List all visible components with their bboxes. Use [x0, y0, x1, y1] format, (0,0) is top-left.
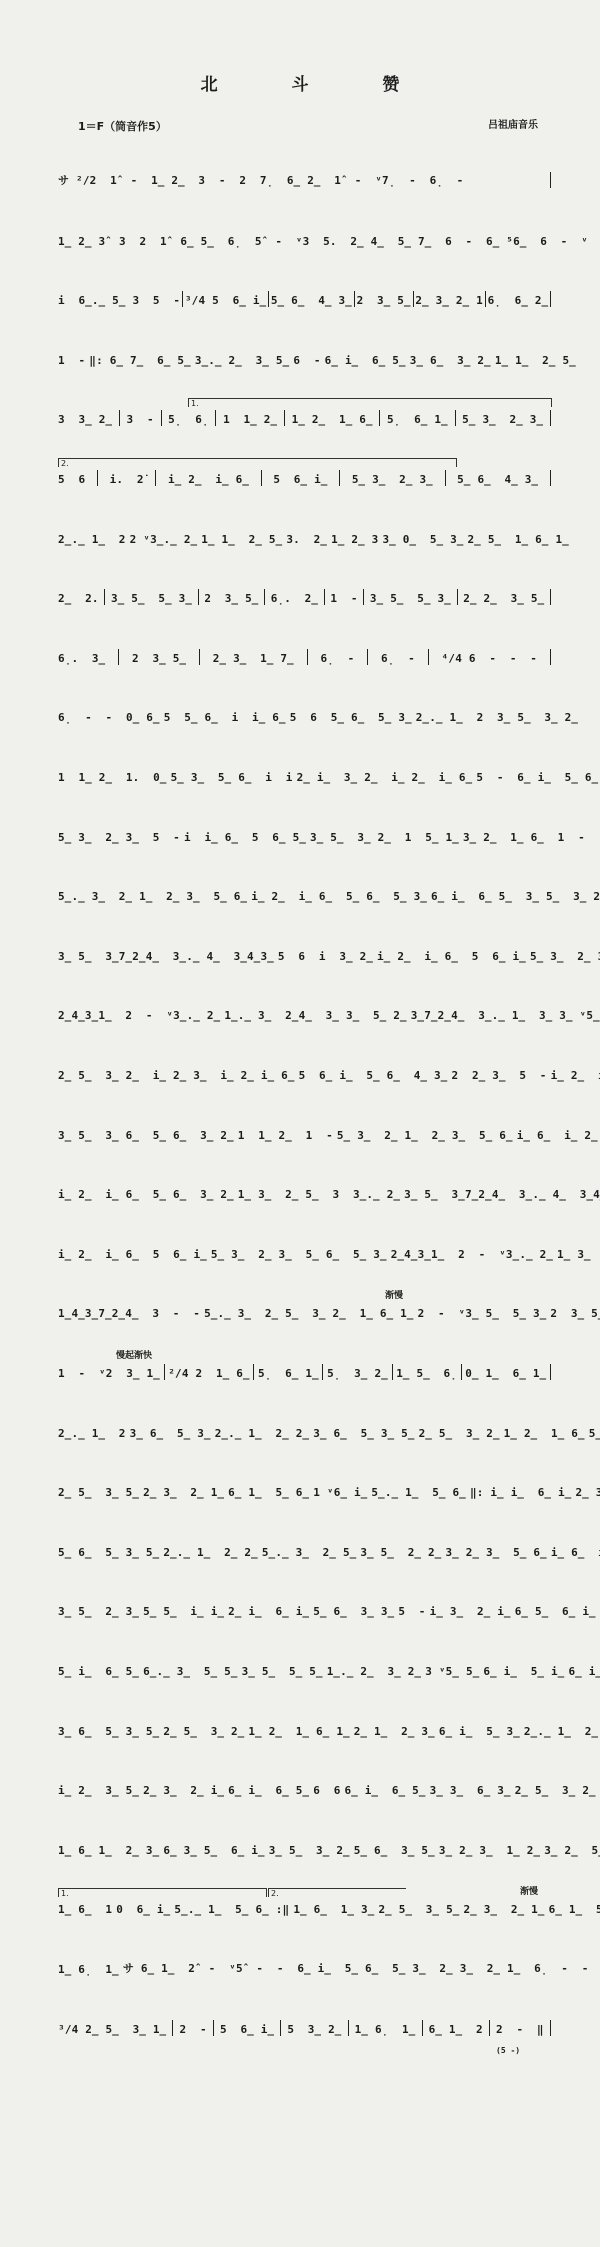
measure: 5̲ 6̲ 5̲ 3̲ 5̲	[58, 1546, 159, 1559]
measure: 5̲ 6̲ 4̲ 3̲	[271, 294, 352, 307]
measure: 3̲ 6̲ 5̲ 3̲	[130, 1427, 211, 1440]
measure: 2̲ 3̲ 2̲ 1	[415, 294, 483, 307]
measure: 2 - ‖	[496, 2023, 544, 2036]
measure: 5 6̲ i̲	[273, 473, 327, 486]
measure: 6̣. 3̲	[58, 652, 105, 665]
measure: 1̲ 5̲ 6̣	[396, 1367, 457, 1380]
measure: 2 3̲ 5̲	[132, 652, 186, 665]
measure: 2̲.̲ 1̲ 2 3̲ 5̲ 3̲ 2̲	[416, 711, 578, 724]
score-line: 6̣ - - 0̲ 6̲5 5̲ 6̲ i i̲ 6̲5 6 5̲ 6̲ 5̲ …	[58, 694, 553, 734]
measure: 2̲ 5̲ 3̲ 2̲	[419, 1427, 500, 1440]
measure: 1̲ 3̲ 2̲4̲ 3̲ 3̲ 5̲ 2̲	[557, 1248, 600, 1261]
barline	[119, 410, 120, 426]
measure: 2̲ 2̲ 3̲ 5̲	[463, 592, 544, 605]
measure: 3̲ 2̲ 1̲ 6̲ 1 -	[463, 831, 585, 844]
measure: 5 -	[398, 1605, 425, 1618]
measure: 3 ᵛ5̲ 5̲	[425, 1665, 479, 1678]
measure: 6̲ i̲ 6̲ 5̲	[568, 1665, 600, 1678]
measure: ‖: i̲ i̲ 6̲ i̲	[470, 1486, 572, 1499]
measure: 5̲ 6̲ 4̲ 3̲	[457, 473, 538, 486]
measure: 3̲ 0̲ 5̲ 3̲	[382, 533, 463, 546]
measure: 5̲ 3̲ 2̲ 3̲ 5̲ 6̲ 5̲ 3̲	[530, 950, 600, 963]
measure: 5̲.̲ 1̲ 5̲ 6̲	[371, 1486, 466, 1499]
measure: 1 -	[330, 592, 357, 605]
tempo-marking: 渐慢	[520, 1884, 538, 1897]
measure: 2 - ᵛ3̲ 5̲ 5̲ 3̲	[418, 1307, 547, 1320]
score-title: 北 斗 赞	[0, 70, 600, 95]
score-line: 2̲.̲ 1̲ 23̲ 6̲ 5̲ 3̲2̲.̲ 1̲ 2̲ 2̲3̲ 6̲ 5…	[58, 1410, 553, 1450]
barline	[550, 410, 551, 426]
measure: 5 6 5̲ 6̲ 5̲ 3̲	[290, 711, 412, 724]
measure: ³/4 5 6̲ i̲	[185, 294, 266, 307]
barline	[182, 291, 183, 307]
measure: 5 6 i 3̲ 2̲	[278, 950, 373, 963]
measure: 1̲ 2̲ 3̂ 3 2 1̂ 6̲ 5̲ 6̣ 5̂ - ᵛ3 5. 2̲ 4…	[58, 235, 588, 248]
measure: 5̣ 3̲ 2̲	[327, 1367, 388, 1380]
measure: 2̲ 2.	[58, 592, 99, 605]
measure: 1 1̲ 2̲ 1. 0̲	[58, 771, 167, 784]
measure: 6̣ - - 0̲ 6̲	[58, 711, 160, 724]
measure: 5̲ 6̲ 3̲ 3̲	[313, 1605, 394, 1618]
measure: 1̲ 2̲ 1̲ 6̲	[504, 1427, 585, 1440]
measure: i. 2̇	[110, 473, 144, 486]
measure: 2 2̲ 3̲ 5 -	[452, 1069, 547, 1082]
barline	[392, 1364, 393, 1380]
score-line: 3̲ 5̲ 3̲7̲2̲4̲ 3̲.̲ 4̲ 3̲4̲3̲5 6 i 3̲ 2̲…	[58, 933, 553, 973]
measure: 3̲ 5̲ 5̲ 3̲	[111, 592, 192, 605]
tempo-marking: 渐慢	[385, 1288, 403, 1301]
volta-bracket: 1.	[188, 398, 552, 407]
measure: 1̲ 3̲ 2̲ 5̲ 3 3̲.̲ 2̲	[238, 1188, 400, 1201]
measure: 3̲ 5̲ 5̲ 3̲	[370, 592, 451, 605]
score-line: 5̲ i̲ 6̲ 5̲6̲.̲ 3̲ 5̲ 5̲3̲ 5̲ 5̲ 5̲1̲.̲ …	[58, 1648, 553, 1688]
score-line: 2̲.̲ 1̲ 22 ᵛ3̲.̲ 2̲1̲ 1̲ 2̲ 5̲3. 2̲1̲ 2̲…	[58, 516, 553, 556]
notation-line: 3̲ 6̲ 5̲ 3̲ 5̲2̲ 5̲ 3̲ 2̲1̲ 2̲ 1̲ 6̲ 1̲2…	[58, 1722, 553, 1738]
notation-line: i̲ 2̲ i̲ 6̲ 5 6̲ i̲5̲ 3̲ 2̲ 3̲ 5̲ 6̲ 5̲ …	[58, 1245, 553, 1261]
measure: 6̲ 1̲ 5̲ 6̲	[549, 1903, 600, 1916]
barline	[164, 1364, 165, 1380]
measure: 5̲ 5̲ 6̲ 1̲	[589, 1427, 600, 1440]
notation-line: 1̲ 6̲ 1̲ 2̲ 3̲6̲ 3̲ 5̲ 6̲ i̲3̲ 5̲ 3̲ 2̲5…	[58, 1841, 553, 1857]
score-line: 3̲ 5̲ 2̲ 3̲5̲ 5̲ i̲ i̲2̲ i̲ 6̲ i̲5̲ 6̲ 3…	[58, 1588, 553, 1628]
measure: 3̲ 5̲ 2̲ 2̲	[360, 1546, 441, 1559]
measure: ³/4 2̲ 5̲ 3̲ 1̲	[58, 2023, 166, 2036]
barline	[307, 649, 308, 665]
score-line: 2̲4̲3̲1̲ 2 - ᵛ3̲.̲ 2̲1̲.̲ 3̲ 2̲4̲ 3̲ 3̲ …	[58, 992, 553, 1032]
barline	[445, 470, 446, 486]
measure: 1̲ 6̣ 1̲	[58, 1963, 119, 1976]
measure: 3 3̲ 2̲	[58, 413, 112, 426]
measure: 1̲ 6̲ 1̲ 3̲	[293, 1903, 374, 1916]
measure: 3 -	[127, 413, 154, 426]
notation-line: 5 6i. 2̇i̲ 2̲ i̲ 6̲5 6̲ i̲5̲ 3̲ 2̲ 3̲5̲ …	[58, 470, 553, 486]
notation-line: 2̲.̲ 1̲ 23̲ 6̲ 5̲ 3̲2̲.̲ 1̲ 2̲ 2̲3̲ 6̲ 5…	[58, 1424, 553, 1440]
score-line: 2̲ 5̲ 3̲ 5̲2̲ 3̲ 2̲ 1̲6̲ 1̲ 5̲ 6̲1 ᵛ6̲ i…	[58, 1469, 553, 1509]
measure: 2̲.̲ 1̲ 2	[58, 1427, 126, 1440]
measure: 6̲ i̲ 6̲ 5̲	[325, 354, 406, 367]
measure: i̲ 2̲ i̲ 6̲ 5 6̲ 4̲	[551, 1069, 600, 1082]
measure: 1 1̲ 2̲ 1 -	[238, 1129, 333, 1142]
measure: i̲ 2̲ i̲ 6̲ 5̲ 6̲ 5̲ 3̲	[251, 890, 427, 903]
measure: 2 3̲ 5̲ 6. 2	[550, 1307, 600, 1320]
measure: 5 6̲ i̲ 5̲ 6̲ 4̲ 3̲	[299, 1069, 448, 1082]
barline	[550, 1364, 551, 1380]
measure: 6̣ -	[381, 652, 415, 665]
notation-line: 3̲ 5̲ 2̲ 3̲5̲ 5̲ i̲ i̲2̲ i̲ 6̲ i̲5̲ 6̲ 3…	[58, 1602, 553, 1618]
measure: 6 6	[313, 1784, 340, 1797]
barline	[379, 410, 380, 426]
score-line: 5̲ 3̲ 2̲ 3̲ 5 -i i̲ 6̲ 5 6̲ 5̲3̲ 5̲ 3̲ 2…	[58, 814, 553, 854]
measure: 3̲.̲ 2̲ 3̲ 5̲	[195, 354, 290, 367]
notation-line: i̲ 2̲ 3̲ 5̲2̲ 3̲ 2̲ i̲6̲ i̲ 6̲ 5̲6 66̲ i…	[58, 1781, 553, 1797]
measure: 6̲ i̲ 6̲ 5̲	[228, 1784, 309, 1797]
notation-line: 6̣ - - 0̲ 6̲5 5̲ 6̲ i i̲ 6̲5 6 5̲ 6̲ 5̲ …	[58, 708, 553, 724]
barline	[261, 470, 262, 486]
notation-line: 6̣. 3̲2 3̲ 5̲2̲ 3̲ 1̲ 7̲6̣ -6̣ -⁴/4 6 - …	[58, 649, 553, 665]
barline	[213, 2020, 214, 2036]
measure: 6̲ 1̲ 5̲ 6̲	[228, 1486, 309, 1499]
notation-line: 2̲4̲3̲1̲ 2 - ᵛ3̲.̲ 2̲1̲.̲ 3̲ 2̲4̲ 3̲ 3̲ …	[58, 1006, 553, 1022]
measure: 3̲ 2̲ 3̲ 1̲ 2̲	[439, 1844, 540, 1857]
barline	[457, 589, 458, 605]
measure: 5̣ 6̣	[168, 413, 209, 426]
measure: 2̲ 3̲ i̲ 6̲ i̲	[576, 1486, 600, 1499]
measure: 5̲.̲ 3̲ 2̲ 5̲ 3̲ 2̲ 1̲ 6̲ 1̲	[204, 1307, 414, 1320]
measure: 1 -	[58, 354, 85, 367]
measure: i 6̲.̲ 5̲ 3 5 -	[58, 294, 180, 307]
barline	[367, 649, 368, 665]
barline	[550, 291, 551, 307]
notation-line: 5̲.̲ 3̲ 2̲ 1̲ 2̲ 3̲ 5̲ 6̲i̲ 2̲ i̲ 6̲ 5̲ …	[58, 887, 553, 903]
score-line: 1 -‖: 6̲ 7̲ 6̲ 5̲3̲.̲ 2̲ 3̲ 5̲6 -6̲ i̲ 6…	[58, 337, 553, 377]
measure: 2 -	[180, 2023, 207, 2036]
barline	[550, 2020, 551, 2036]
measure: 6̲ i̲ 5̲ 3̲	[439, 1725, 520, 1738]
measure: 1̲ 2̲ 1̲ 6̲	[292, 413, 373, 426]
barline	[422, 2020, 423, 2036]
measure: 5̲.̲ 3̲ 2̲ 1̲ 2̲ 3̲ 5̲ 6̲	[58, 890, 247, 903]
measure: 5̲ 3̲ 5̲ 6̲ i i	[171, 771, 293, 784]
barline	[172, 2020, 173, 2036]
score-line: 1 - ᵛ2 3̲ 1̲²/4 2 1̲ 6̲5̣ 6̲ 1̲5̣ 3̲ 2̲1…	[58, 1350, 553, 1390]
measure: 1̲ 1̲ 2̲ 5̲	[201, 533, 282, 546]
barline	[253, 1364, 254, 1380]
measure: 2̲ 5̲ 3̲ 2̲	[163, 1725, 244, 1738]
measure: 5̲ 3̲ 2̲ 3̲ 5̲ 6̲ 5̲ 3̲	[211, 1248, 387, 1261]
measure: i̲ 2̲ i̲ 6̲ 5 6̲ i̲	[58, 1248, 207, 1261]
measure: 1̲ 1̲ 2̲ 5̲	[495, 354, 576, 367]
measure: 1̲ 6̲ 1	[58, 1903, 112, 1916]
notation-line: 1̲ 6̣ 1̲サ 6̲ 1̲ 2̂ - ᵛ5̂ - - 6̲ i̲ 5̲ 6̲…	[58, 1960, 553, 1976]
score-line: サ ²/2 1̂ - 1̲ 2̲ 3 - 2 7̣ 6̲ 2̲ 1̂ - ᵛ7̣…	[58, 158, 553, 198]
measure: 5̣ 6̲ 1̲	[387, 413, 448, 426]
measure: 6̲ i̲ 6̲ 5̲	[345, 1784, 426, 1797]
barline	[550, 172, 551, 188]
measure: 3̲ 5̲ 2̲ 3̲	[58, 1605, 139, 1618]
score-line: 1̲ 6̲ 1̲ 2̲ 3̲6̲ 3̲ 5̲ 6̲ i̲3̲ 5̲ 3̲ 2̲5…	[58, 1827, 553, 1867]
volta-bracket: 2.	[58, 458, 457, 467]
measure: ‖: 6̲ 7̲ 6̲ 5̲	[89, 354, 191, 367]
measure: 3̲ 5̲ 3̲ 2̲	[269, 1844, 350, 1857]
score-line: 1̲ 6̣ 1̲サ 6̲ 1̲ 2̂ - ᵛ5̂ - - 6̲ i̲ 5̲ 6̲…	[58, 1946, 553, 1986]
notation-line: 3 3̲ 2̲3 -5̣ 6̣1 1̲ 2̲1̲ 2̲ 1̲ 6̲5̣ 6̲ 1…	[58, 410, 553, 426]
measure: 5 3̲ 2̲	[287, 2023, 341, 2036]
notation-line: i̲ 2̲ i̲ 6̲ 5̲ 6̲ 3̲ 2̲1̲ 3̲ 2̲ 5̲ 3 3̲.…	[58, 1185, 553, 1201]
measure: 3̲ 6̲ 5̲ 3̲ 5̲	[58, 1725, 159, 1738]
barline	[215, 410, 216, 426]
measure: 1̲ 6̲ 1̲ 2̲ 3̲	[58, 1844, 159, 1857]
key-signature: 1＝F（筒音作5）	[78, 118, 167, 134]
measure: i̲ 2̲ i̲ 6̲	[168, 473, 249, 486]
barline	[155, 470, 156, 486]
barline	[413, 291, 414, 307]
measure: 6̲ i̲ 6̲ 5̲ 3̲ 5̲ 3̲ 2̲	[431, 890, 600, 903]
barline	[268, 291, 269, 307]
measure: サ 6̲ 1̲ 2̂ - ᵛ5̂ - - 6̲ i̲ 5̲ 6̲ 5̲ 3̲ 2…	[123, 1960, 600, 1976]
notation-line: 2̲ 5̲ 3̲ 5̲2̲ 3̲ 2̲ 1̲6̲ 1̲ 5̲ 6̲1 ᵛ6̲ i…	[58, 1483, 553, 1499]
measure: 1̲ 2̲ 1̲ 6̲ 1̲	[248, 1725, 349, 1738]
measure: 3̲7̲2̲4̲ 3̲.̲ 1̲ 3̲ 3̲ ᵛ5̲.̲ 3̲	[411, 1009, 600, 1022]
measure: 2 ᵛ3̲.̲ 2̲	[130, 533, 198, 546]
measure: i̲ 2̲ 3̲ 5̲	[58, 1784, 139, 1797]
score-line: i̲ 2̲ i̲ 6̲ 5̲ 6̲ 3̲ 2̲1̲ 3̲ 2̲ 5̲ 3 3̲.…	[58, 1171, 553, 1211]
score-line: i 6̲.̲ 5̲ 3 5 -³/4 5 6̲ i̲5̲ 6̲ 4̲ 3̲2 3…	[58, 277, 553, 317]
measure: 5 - 6̲ i̲ 5̲ 6̲	[476, 771, 598, 784]
score-line: 1 1̲ 2̲ 1. 0̲5̲ 3̲ 5̲ 6̲ i i2̲ i̲ 3̲ 2̲ …	[58, 754, 553, 794]
score-line: ³/4 2̲ 5̲ 3̲ 1̲2 -5 6̲ i̲5 3̲ 2̲1̲ 6̣ 1̲…	[58, 2006, 553, 2046]
measure: 6̲.̲ 3̲ 5̲ 5̲	[143, 1665, 238, 1678]
measure: 2̲.̲ 1̲ 2	[58, 533, 126, 546]
measure: 2̲ i̲ 6̲ i̲	[228, 1605, 309, 1618]
measure: 2̲ 3̲ 2̲ 1̲	[464, 1903, 545, 1916]
notation-line: 2̲.̲ 1̲ 22 ᵛ3̲.̲ 2̲1̲ 1̲ 2̲ 5̲3. 2̲1̲ 2̲…	[58, 530, 553, 546]
notation-line: 5̲ 3̲ 2̲ 3̲ 5 -i i̲ 6̲ 5 6̲ 5̲3̲ 5̲ 3̲ 2…	[58, 828, 553, 844]
notation-line: 5̲ 6̲ 5̲ 3̲ 5̲2̲.̲ 1̲ 2̲ 2̲5̲.̲ 3̲ 2̲ 5̲…	[58, 1543, 553, 1559]
barline	[354, 291, 355, 307]
measure: i̲ 6̲ i̲ 2̲ i̲ 6̲ 5	[517, 1129, 600, 1142]
barline	[324, 589, 325, 605]
score-line: 3 3̲ 2̲3 -5̣ 6̣1 1̲ 2̲1̲ 2̲ 1̲ 6̲5̣ 6̲ 1…	[58, 396, 553, 436]
score-line: 5 6i. 2̇i̲ 2̲ i̲ 6̲5 6̲ i̲5̲ 3̲ 2̲ 3̲5̲ …	[58, 456, 553, 496]
measure: 5̲ 6̲ 3̲ 5̲	[354, 1844, 435, 1857]
measure: 1 ᵛ6̲ i̲	[313, 1486, 367, 1499]
barline	[97, 470, 98, 486]
measure: ²/4 2 1̲ 6̲	[168, 1367, 249, 1380]
measure: 5̲ 3̲ 2̲ 3̲	[352, 473, 433, 486]
notation-line: 2̲ 5̲ 3̲ 2̲ i̲ 2̲ 3̲ i̲ 2̲ i̲ 6̲5 6̲ i̲ …	[58, 1066, 553, 1082]
measure: 6̲ 1̲ 2	[429, 2023, 483, 2036]
measure: サ ²/2 1̂ - 1̲ 2̲ 3 - 2 7̣ 6̲ 2̲ 1̂ - ᵛ7̣…	[58, 172, 464, 188]
barline	[455, 410, 456, 426]
barline	[428, 649, 429, 665]
barline	[489, 2020, 490, 2036]
measure: 6̲ 3̲ 5̲ 6̲ i̲	[163, 1844, 264, 1857]
score-line: i̲ 2̲ 3̲ 5̲2̲ 3̲ 2̲ i̲6̲ i̲ 6̲ 5̲6 66̲ i…	[58, 1767, 553, 1807]
measure: 6̣ 6̲ 2̲	[488, 294, 549, 307]
measure: 1̲4̲3̲7̲2̲4̲ 3 - -	[58, 1307, 200, 1320]
measure: 5̲ i̲ 6̲ 5̲	[58, 1665, 139, 1678]
notation-line: i 6̲.̲ 5̲ 3 5 -³/4 5 6̲ i̲5̲ 6̲ 4̲ 3̲2 3…	[58, 291, 553, 307]
measure: 2̲ 5̲ 3̲ 5̲	[378, 1903, 459, 1916]
score-line: 5̲.̲ 3̲ 2̲ 1̲ 2̲ 3̲ 5̲ 6̲i̲ 2̲ i̲ 6̲ 5̲ …	[58, 873, 553, 913]
barline	[118, 649, 119, 665]
barline	[322, 1364, 323, 1380]
measure: 5 6	[58, 473, 85, 486]
measure: 2 3̲ 5̲	[204, 592, 258, 605]
score-line: 3̲ 6̲ 5̲ 3̲ 5̲2̲ 5̲ 3̲ 2̲1̲ 2̲ 1̲ 6̲ 1̲2…	[58, 1708, 553, 1748]
measure: 3̲ 2̲ 3̲ 5̲ 6̲	[445, 1546, 546, 1559]
volta-bracket-2: 2.	[268, 1888, 406, 1897]
measure: 3̲ 6̲ 3̲ 2̲	[410, 354, 491, 367]
measure: 5 6̲ i̲	[220, 2023, 274, 2036]
notation-line: 1̲ 2̲ 3̂ 3 2 1̂ 6̲ 5̲ 6̣ 5̂ - ᵛ3 5. 2̲ 4…	[58, 232, 553, 248]
measure: ⁴/4 6 - - -	[442, 652, 538, 665]
measure: i̲ 2̲ i̲ 6̲ 5 6̲ i̲	[377, 950, 526, 963]
measure: 3̲ 5̲ 3̲7̲2̲4̲ 3̲.̲ 4̲ 3̲4̲3̲	[58, 950, 274, 963]
score-line: 6̣. 3̲2 3̲ 5̲2̲ 3̲ 1̲ 7̲6̣ -6̣ -⁴/4 6 - …	[58, 635, 553, 675]
measure: 5̲ 5̲ i̲ i̲	[143, 1605, 224, 1618]
barline	[199, 649, 200, 665]
tempo-marking: 慢起渐快	[116, 1348, 152, 1361]
barline	[280, 2020, 281, 2036]
score-line: 5̲ 6̲ 5̲ 3̲ 5̲2̲.̲ 1̲ 2̲ 2̲5̲.̲ 3̲ 2̲ 5̲…	[58, 1529, 553, 1569]
notation-line: 1 - ᵛ2 3̲ 1̲²/4 2 1̲ 6̲5̣ 6̲ 1̲5̣ 3̲ 2̲1…	[58, 1364, 553, 1380]
measure: 2̲4̲3̲1̲ 2 - ᵛ3̲.̲ 2̲	[58, 1009, 220, 1022]
score-line: 1̲ 2̲ 3̂ 3 2 1̂ 6̲ 5̲ 6̣ 5̂ - ᵛ3 5. 2̲ 4…	[58, 218, 553, 258]
measure: 3̲ 3̲ 6̲ 3̲	[430, 1784, 511, 1797]
measure: 0 6̲ i̲	[116, 1903, 170, 1916]
measure: 2̲ 3̲ 2̲ 1̲	[143, 1486, 224, 1499]
score-line: 2̲ 5̲ 3̲ 2̲ i̲ 2̲ 3̲ i̲ 2̲ i̲ 6̲5 6̲ i̲ …	[58, 1052, 553, 1092]
measure: 5̲ 3̲ 2̲ 1̲ 2̲ 3̲ 5̲ 6̲	[337, 1129, 513, 1142]
barline	[485, 291, 486, 307]
barline	[161, 410, 162, 426]
barline	[284, 410, 285, 426]
measure: 2̲.̲ 1̲ 2̲ 2̲	[215, 1427, 310, 1440]
score-line: 1̲4̲3̲7̲2̲4̲ 3 - -5̲.̲ 3̲ 2̲ 5̲ 3̲ 2̲ 1̲…	[58, 1290, 553, 1330]
notation-line: サ ²/2 1̂ - 1̲ 2̲ 3 - 2 7̣ 6̲ 2̲ 1̂ - ᵛ7̣…	[58, 172, 553, 188]
barline	[550, 470, 551, 486]
notation-line: 1 -‖: 6̲ 7̲ 6̲ 5̲3̲.̲ 2̲ 3̲ 5̲6 -6̲ i̲ 6…	[58, 351, 553, 367]
measure: 2̲ 5̲ 3̲ 5̲	[58, 1486, 139, 1499]
barline	[363, 589, 364, 605]
measure: 1 - ᵛ2 3̲ 1̲	[58, 1367, 160, 1380]
measure: 2̲ 5̲ 1̲ 6̲ 1̲	[468, 533, 569, 546]
barline	[339, 470, 340, 486]
score-line: 3̲ 5̲ 3̲ 6̲ 5̲ 6̲ 3̲ 2̲1 1̲ 2̲ 1 -5̲ 3̲ …	[58, 1112, 553, 1152]
measure: 2̲.̲ 1̲ 2̲ 2̲	[163, 1546, 258, 1559]
measure: 6̣ -	[321, 652, 355, 665]
measure: 5̲.̲ 1̲ 5̲ 6̲ :‖	[174, 1903, 289, 1916]
notation-line: 1̲ 6̲ 10 6̲ i̲5̲.̲ 1̲ 5̲ 6̲ :‖1̲ 6̲ 1̲ 3…	[58, 1900, 553, 1916]
measure: 5̲ 3̲ 2̲ 3̲	[462, 413, 543, 426]
barline	[348, 2020, 349, 2036]
score-line: i̲ 2̲ i̲ 6̲ 5 6̲ i̲5̲ 3̲ 2̲ 3̲ 5̲ 6̲ 5̲ …	[58, 1231, 553, 1271]
measure: 3̲ 5̲ 3̲ 2̲ 1 5̲ 1̲	[310, 831, 459, 844]
measure: 2̲ 5̲ 3̲ 2̲ i̲ 2̲ 3̲ i̲ 2̲ i̲ 6̲	[58, 1069, 295, 1082]
notation-line: 2̲ 2.3̲ 5̲ 5̲ 3̲2 3̲ 5̲6̣. 2̲1 -3̲ 5̲ 5̲…	[58, 589, 553, 605]
measure: 6̣. 2̲	[271, 592, 318, 605]
barline	[550, 649, 551, 665]
notation-line: 1 1̲ 2̲ 1. 0̲5̲ 3̲ 5̲ 6̲ i i2̲ i̲ 3̲ 2̲ …	[58, 768, 553, 784]
measure: i̲ 2̲ i̲ 6̲ 5̲ 6̲ 3̲ 2̲	[58, 1188, 234, 1201]
ending-note: (5 -)	[496, 2046, 520, 2055]
barline	[104, 589, 105, 605]
score-line: 2̲ 2.3̲ 5̲ 5̲ 3̲2 3̲ 5̲6̣. 2̲1 -3̲ 5̲ 5̲…	[58, 575, 553, 615]
measure: 2̲ 1̲ 2̲ 3̲	[354, 1725, 435, 1738]
notation-line: 3̲ 5̲ 3̲7̲2̲4̲ 3̲.̲ 4̲ 3̲4̲3̲5 6 i 3̲ 2̲…	[58, 947, 553, 963]
measure: 6 -	[293, 354, 320, 367]
barline	[461, 1364, 462, 1380]
measure: 2̲.̲ 1̲ 2̲ 3̲	[524, 1725, 600, 1738]
measure: 2̲ 3̲ 2̲ i̲	[143, 1784, 224, 1797]
measure: i̲ 3̲ 2̲ i̲	[430, 1605, 511, 1618]
measure: i i̲ 6̲ 5 6̲ 5̲	[184, 831, 306, 844]
measure: 2̲ i̲ 3̲ 2̲ i̲ 2̲ i̲ 6̲	[297, 771, 473, 784]
measure: 6̲ 5̲ 6̲ i̲	[515, 1605, 596, 1618]
measure: 3̲ 2̲ 5̲ i̲	[544, 1844, 600, 1857]
measure: 2̲ 3̲ 1̲ 7̲	[213, 652, 294, 665]
measure: 5̣ 6̲ 1̲	[258, 1367, 319, 1380]
score-source: 吕祖庙音乐	[488, 116, 538, 131]
notation-line: 1̲4̲3̲7̲2̲4̲ 3 - -5̲.̲ 3̲ 2̲ 5̲ 3̲ 2̲ 1̲…	[58, 1304, 553, 1320]
barline	[198, 589, 199, 605]
notation-line: 5̲ i̲ 6̲ 5̲6̲.̲ 3̲ 5̲ 5̲3̲ 5̲ 5̲ 5̲1̲.̲ …	[58, 1662, 553, 1678]
measure: i̲ 6̲ i̲ i̲	[551, 1546, 600, 1559]
measure: 3̲ 5̲ 3̲7̲2̲4̲ 3̲.̲ 4̲ 3̲4̲3̲	[404, 1188, 600, 1201]
measure: 5̲.̲ 3̲ 2̲ 5̲	[262, 1546, 357, 1559]
measure: 1̲.̲ 2̲ 3̲ 2̲	[327, 1665, 422, 1678]
measure: 2̲ 5̲ 3̲ 2̲	[515, 1784, 596, 1797]
measure: 3̲ 6̲ 5̲ 3̲ 5̲	[313, 1427, 414, 1440]
measure: 6̲ i̲ 5̲ i̲	[483, 1665, 564, 1678]
measure: 2 3̲ 5̲	[357, 294, 411, 307]
notation-line: 3̲ 5̲ 3̲ 6̲ 5̲ 6̲ 3̲ 2̲1 1̲ 2̲ 1 -5̲ 3̲ …	[58, 1126, 553, 1142]
volta-bracket: 1.	[58, 1888, 267, 1897]
measure: 1̲ 2̲ 3	[331, 533, 378, 546]
barline	[264, 589, 265, 605]
measure: 5 5̲ 6̲ i i̲ 6̲	[164, 711, 286, 724]
measure: 0̲ 1̲ 6̲ 1̲	[465, 1367, 546, 1380]
measure: 3̲ 5̲ 3̲ 6̲ 5̲ 6̲ 3̲ 2̲	[58, 1129, 234, 1142]
measure: 5̲ 3̲ 2̲ 3̲ 5 -	[58, 831, 180, 844]
barline	[550, 589, 551, 605]
notation-line: ³/4 2̲ 5̲ 3̲ 1̲2 -5 6̲ i̲5 3̲ 2̲1̲ 6̣ 1̲…	[58, 2020, 553, 2036]
measure: 3. 2̲	[286, 533, 327, 546]
measure: 1̲ 6̣ 1̲	[355, 2023, 416, 2036]
measure: 1̲.̲ 3̲ 2̲4̲ 3̲ 3̲ 5̲ 2̲	[224, 1009, 406, 1022]
measure: 1 1̲ 2̲	[223, 413, 277, 426]
score-line: 1̲ 6̲ 10 6̲ i̲5̲.̲ 1̲ 5̲ 6̲ :‖1̲ 6̲ 1̲ 3…	[58, 1886, 553, 1926]
measure: 3̲ 5̲ 5̲ 5̲	[242, 1665, 323, 1678]
measure: 2̲4̲3̲1̲ 2 - ᵛ3̲.̲ 2̲	[391, 1248, 553, 1261]
